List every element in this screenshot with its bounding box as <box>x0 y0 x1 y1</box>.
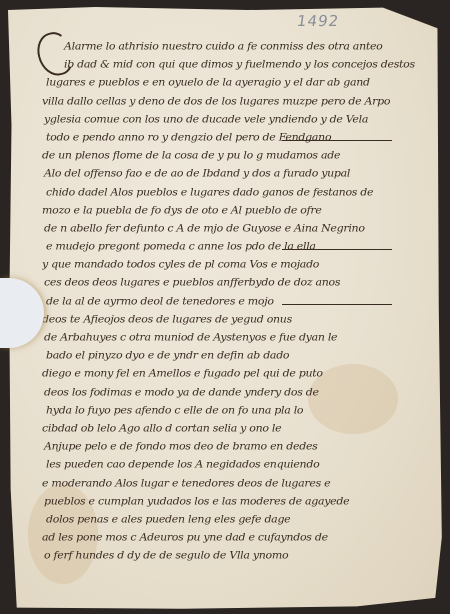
manuscript-line: diego e mony fel en Amellos e fugado pel… <box>42 367 432 385</box>
manuscript-line: dolos penas e ales pueden leng eles gefe… <box>42 513 432 531</box>
manuscript-line: Anjupe pelo e de fondo mos deo de bramo … <box>42 440 432 458</box>
manuscript-line: ad les pone mos c Adeuros pu yne dad e c… <box>42 531 432 549</box>
manuscript-line: villa dallo cellas y deno de dos de los … <box>42 95 432 113</box>
strikethrough <box>282 140 392 141</box>
manuscript-line: chido dadel Alos pueblos e lugares dado … <box>42 186 432 204</box>
manuscript-line: ces deos deos lugares e pueblos anfferby… <box>42 276 432 294</box>
manuscript-text: Alarme lo athrisio nuestro cuido a fe co… <box>42 40 432 567</box>
strikethrough <box>282 249 392 250</box>
manuscript-line: yglesia comue con los uno de ducade vele… <box>42 113 432 131</box>
strikethrough <box>282 304 392 305</box>
manuscript-line: lugares e pueblos e en oyuelo de la ayer… <box>42 76 432 94</box>
manuscript-line: mozo e la puebla de fo dys de oto e Al p… <box>42 204 432 222</box>
manuscript-line: Alo del offenso fao e de ao de Ibdand y … <box>42 167 432 185</box>
manuscript-line: deos te Afieojos deos de lugares de yegu… <box>42 313 432 331</box>
manuscript-page: 1492 Alarme lo athrisio nuestro cuido a … <box>8 4 444 610</box>
manuscript-line: ib dad & mid con qui que dimos y fuelmen… <box>42 58 432 76</box>
manuscript-line: les pueden cao depende los A negidados e… <box>42 458 432 476</box>
manuscript-line: cibdad ob lelo Ago allo d cortan selia y… <box>42 422 432 440</box>
manuscript-line: e mudejo pregont pomeda c anne los pdo d… <box>42 240 432 258</box>
manuscript-line: o ferf hundes d dy de de segulo de Vlla … <box>42 549 432 567</box>
manuscript-line: e moderando Alos lugar e tenedores deos … <box>42 477 432 495</box>
manuscript-line: Alarme lo athrisio nuestro cuido a fe co… <box>42 40 432 58</box>
manuscript-line: y que mandado todos cyles de pl coma Vos… <box>42 258 432 276</box>
year-annotation: 1492 <box>296 12 341 30</box>
manuscript-line: bado el pinyzo dyo e de yndr en defin ab… <box>42 349 432 367</box>
scan-background: 1492 Alarme lo athrisio nuestro cuido a … <box>0 0 450 614</box>
manuscript-line: hyda lo fuyo pes afendo c elle de on fo … <box>42 404 432 422</box>
manuscript-line: deos los fodimas e modo ya de dande ynde… <box>42 386 432 404</box>
manuscript-line: todo e pendo anno ro y dengzio del pero … <box>42 131 432 149</box>
manuscript-line: de Arbahuyes c otra muniod de Aystenyos … <box>42 331 432 349</box>
manuscript-line: de la al de ayrmo deol de tenedores e mo… <box>42 295 432 313</box>
manuscript-line: pueblos e cumplan yudados los e las mode… <box>42 495 432 513</box>
manuscript-line: de n abello fer defunto c A de mjo de Gu… <box>42 222 432 240</box>
manuscript-line: de un plenos flome de la cosa de y pu lo… <box>42 149 432 167</box>
